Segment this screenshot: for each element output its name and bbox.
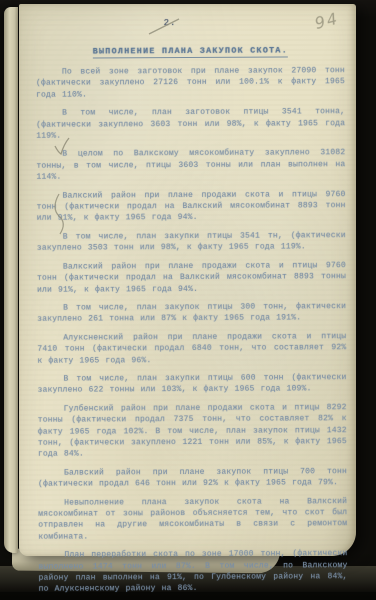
paragraph: В том числе, план заготовок птицы 3541 т…	[36, 106, 345, 142]
paragraph: В том числе, план закупки птицы 3541 тн,…	[37, 230, 346, 254]
paragraph: В том числе, план закупок птицы 300 тонн…	[37, 301, 346, 325]
paragraph: В том числе, план закупки птицы 600 тонн…	[37, 372, 346, 396]
document-title: ВЫПОЛНЕНИЕ ПЛАНА ЗАКУПОК СКОТА.	[36, 45, 345, 57]
document-page: 2. 94 ВЫПОЛНЕНИЕ ПЛАНА ЗАКУПОК СКОТА. По…	[19, 4, 356, 556]
paragraph: Гулбенский район при плане продажи скота…	[38, 402, 347, 461]
typed-page-number: 2.	[164, 18, 177, 28]
paragraph: По всей зоне заготовок при плане закупок…	[36, 65, 345, 101]
paragraph: Балвский район при плане закупок птицы 7…	[38, 466, 347, 490]
document-title-text: ВЫПОЛНЕНИЕ ПЛАНА ЗАКУПОК СКОТА.	[93, 45, 288, 58]
handwritten-folio-number: 94	[312, 9, 340, 33]
paragraph: Валкский район при плане продажи скота и…	[37, 189, 346, 225]
page-stack-edge-left	[4, 7, 18, 553]
page-content: 2. 94 ВЫПОЛНЕНИЕ ПЛАНА ЗАКУПОК СКОТА. По…	[18, 3, 358, 557]
paragraph: Алуксненский район при плане продажи ско…	[37, 331, 346, 367]
document-body: По всей зоне заготовок при плане закупок…	[36, 65, 348, 595]
paragraph: План переработки скота по зоне 17000 тон…	[38, 548, 347, 595]
paragraph: Невыполнение плана закупок скота на Валк…	[38, 496, 347, 543]
paragraph: В целом по Валкскому мясокомбинату закуп…	[36, 148, 345, 184]
paragraph: Валкский район при плане продажи скота и…	[37, 260, 346, 296]
archive-photo-frame: 2. 94 ВЫПОЛНЕНИЕ ПЛАНА ЗАКУПОК СКОТА. По…	[0, 0, 376, 600]
